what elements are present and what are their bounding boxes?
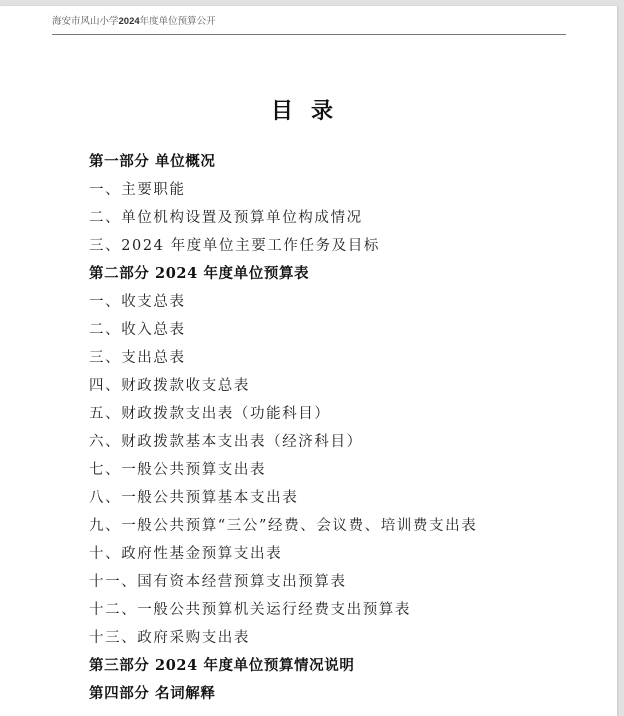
- toc-part-2[interactable]: 第二部分 2024 年度单位预算表: [89, 260, 569, 288]
- toc-item[interactable]: 五、财政拨款支出表（功能科目）: [89, 400, 569, 428]
- toc-item[interactable]: 九、一般公共预算“三公”经费、会议费、培训费支出表: [89, 512, 569, 540]
- toc-item[interactable]: 十二、一般公共预算机关运行经费支出预算表: [89, 596, 569, 624]
- toc-item[interactable]: 四、财政拨款收支总表: [89, 372, 569, 400]
- document-viewer: 海安市风山小学2024年度单位预算公开 目录 第一部分 单位概况 一、主要职能 …: [0, 0, 624, 716]
- toc-item[interactable]: 六、财政拨款基本支出表（经济科目）: [89, 428, 569, 456]
- toc-part-4[interactable]: 第四部分 名词解释: [89, 680, 569, 708]
- toc-item[interactable]: 一、收支总表: [89, 288, 569, 316]
- toc-item[interactable]: 三、支出总表: [89, 344, 569, 372]
- toc-item[interactable]: 十、政府性基金预算支出表: [89, 540, 569, 568]
- running-header: 海安市风山小学2024年度单位预算公开: [52, 15, 566, 35]
- toc-item[interactable]: 三、2024 年度单位主要工作任务及目标: [89, 232, 569, 260]
- toc-item[interactable]: 七、一般公共预算支出表: [89, 456, 569, 484]
- table-of-contents: 第一部分 单位概况 一、主要职能 二、单位机构设置及预算单位构成情况 三、202…: [89, 148, 569, 708]
- header-year: 2024: [119, 16, 140, 27]
- toc-item[interactable]: 十一、国有资本经营预算支出预算表: [89, 568, 569, 596]
- toc-part-3[interactable]: 第三部分 2024 年度单位预算情况说明: [89, 652, 569, 680]
- toc-item[interactable]: 一、主要职能: [89, 176, 569, 204]
- toc-item[interactable]: 二、收入总表: [89, 316, 569, 344]
- toc-item[interactable]: 八、一般公共预算基本支出表: [89, 484, 569, 512]
- document-page: 海安市风山小学2024年度单位预算公开 目录 第一部分 单位概况 一、主要职能 …: [0, 6, 617, 716]
- header-unit-name: 海安市风山小学: [52, 16, 119, 27]
- toc-title: 目录: [0, 94, 604, 125]
- toc-item[interactable]: 二、单位机构设置及预算单位构成情况: [89, 204, 569, 232]
- toc-item[interactable]: 十三、政府采购支出表: [89, 624, 569, 652]
- toc-part-1[interactable]: 第一部分 单位概况: [89, 148, 569, 176]
- header-suffix: 年度单位预算公开: [140, 16, 216, 27]
